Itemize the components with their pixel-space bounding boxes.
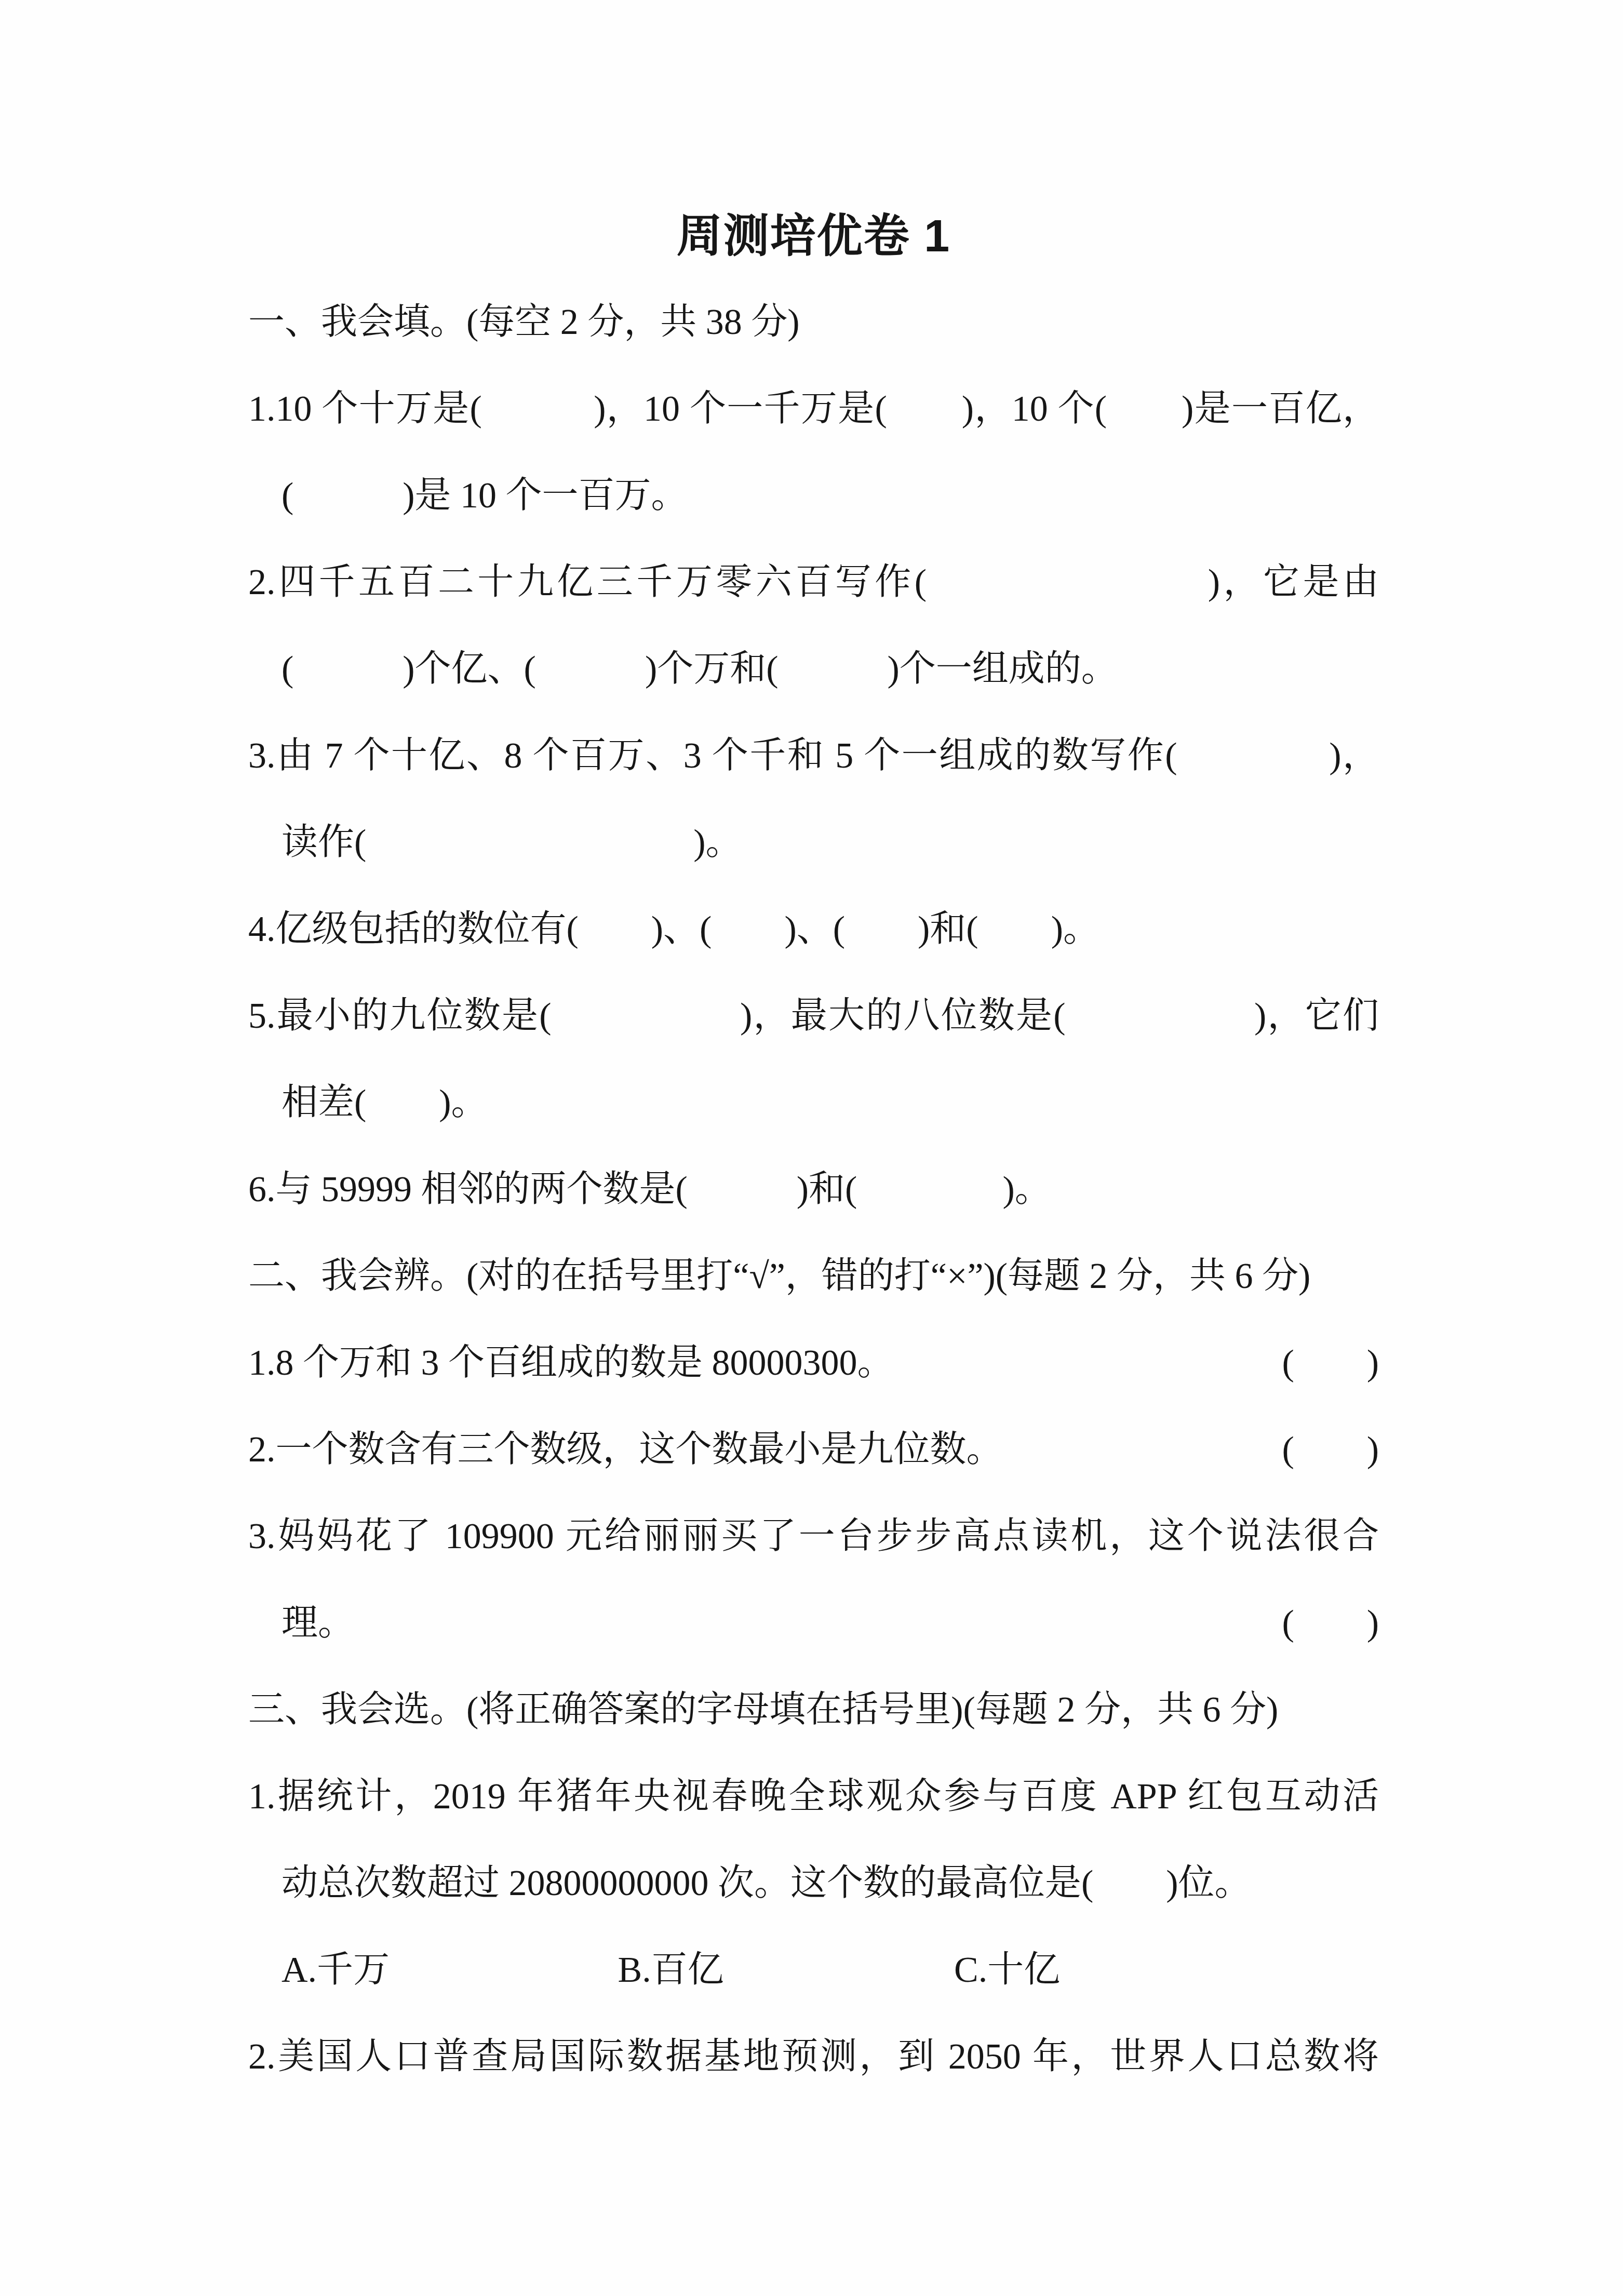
s2-q2-text: 2.一个数含有三个数级，这个数最小是九位数。 bbox=[248, 1406, 1003, 1493]
option-c: C.十亿 bbox=[954, 1927, 1060, 2013]
s1-q5-line1: 5.最小的九位数是( )，最大的八位数是( )，它们 bbox=[248, 973, 1379, 1059]
s2-q3-line1: 3.妈妈花了 109900 元给丽丽买了一台步步高点读机，这个说法很合 bbox=[248, 1493, 1379, 1580]
s2-q3-answer-bracket: ( ) bbox=[1282, 1580, 1379, 1667]
s1-q4-line1: 4.亿级包括的数位有( )、( )、( )和( )。 bbox=[248, 886, 1379, 973]
s2-q2-answer-bracket: ( ) bbox=[1282, 1406, 1379, 1493]
s2-q1-text: 1.8 个万和 3 个百组成的数是 80000300。 bbox=[248, 1320, 894, 1406]
section1-heading: 一、我会填。(每空 2 分，共 38 分) bbox=[248, 279, 1379, 366]
section3-heading: 三、我会选。(将正确答案的字母填在括号里)(每题 2 分，共 6 分) bbox=[248, 1667, 1379, 1753]
s2-q3-text: 理。 bbox=[248, 1580, 354, 1667]
s1-q2-line1: 2.四千五百二十九亿三千万零六百写作( )，它是由 bbox=[248, 539, 1379, 626]
s2-q1-line1: 1.8 个万和 3 个百组成的数是 80000300。 ( ) bbox=[248, 1320, 1379, 1406]
s2-q1-answer-bracket: ( ) bbox=[1282, 1320, 1379, 1406]
s3-q1-line2: 动总次数超过 20800000000 次。这个数的最高位是( )位。 bbox=[248, 1840, 1379, 1927]
s1-q1-line2: ( )是 10 个一百万。 bbox=[248, 452, 1379, 539]
section2-heading: 二、我会辨。(对的在括号里打“√”，错的打“×”)(每题 2 分，共 6 分) bbox=[248, 1233, 1379, 1320]
option-a: A.千万 bbox=[281, 1927, 609, 2013]
s1-q5-line2: 相差( )。 bbox=[248, 1059, 1379, 1146]
option-b: B.百亿 bbox=[618, 1927, 945, 2013]
s1-q2-line2: ( )个亿、( )个万和( )个一组成的。 bbox=[248, 626, 1379, 713]
s3-q1-options: A.千万 B.百亿 C.十亿 bbox=[248, 1927, 1379, 2013]
page-title: 周测培优卷 1 bbox=[248, 192, 1379, 279]
s2-q3-line2: 理。 ( ) bbox=[248, 1580, 1379, 1667]
s1-q1-line1: 1.10 个十万是( )，10 个一千万是( )，10 个( )是一百亿， bbox=[248, 366, 1379, 452]
s1-q6-line1: 6.与 59999 相邻的两个数是( )和( )。 bbox=[248, 1146, 1379, 1233]
s2-q2-line1: 2.一个数含有三个数级，这个数最小是九位数。 ( ) bbox=[248, 1406, 1379, 1493]
test-paper-page: 周测培优卷 1 一、我会填。(每空 2 分，共 38 分) 1.10 个十万是(… bbox=[0, 0, 1623, 2296]
s1-q3-line2: 读作( )。 bbox=[248, 799, 1379, 886]
s3-q2-line1: 2.美国人口普查局国际数据基地预测，到 2050 年，世界人口总数将 bbox=[248, 2013, 1379, 2100]
s1-q3-line1: 3.由 7 个十亿、8 个百万、3 个千和 5 个一组成的数写作( )， bbox=[248, 713, 1379, 799]
s3-q1-line1: 1.据统计，2019 年猪年央视春晚全球观众参与百度 APP 红包互动活 bbox=[248, 1753, 1379, 1840]
